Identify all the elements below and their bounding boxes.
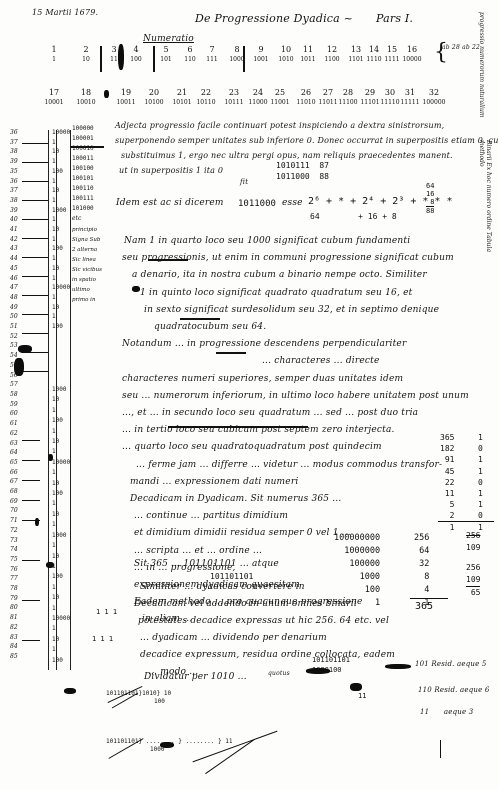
table-divider xyxy=(100,46,102,72)
table-cell: 1610000 xyxy=(398,45,426,63)
side-dots: 1 1 1 xyxy=(96,608,117,616)
table-divider xyxy=(153,46,155,72)
ladder-rung xyxy=(22,560,40,561)
ink-blot xyxy=(350,683,362,691)
quotus-label: quotus xyxy=(268,670,290,677)
ink-blot xyxy=(18,345,32,353)
binary-entries-column: 100000 100001 100010 100011 100100 10010… xyxy=(72,124,94,224)
rest-row-2: 110 Resid. aeque 6 xyxy=(418,686,490,694)
sum-total: 365 xyxy=(415,601,433,612)
ink-blot xyxy=(385,664,411,669)
ladder-rung xyxy=(22,480,40,481)
pen-mark xyxy=(440,740,441,758)
ladder-rung xyxy=(22,600,40,601)
ink-blot xyxy=(306,668,330,674)
strikethrough xyxy=(216,352,246,354)
side-bits-column: 10000 1 10 1 100 1 10 1 1000 1 10 1 100 … xyxy=(52,128,70,332)
brace-note: ab 28 ab 22 xyxy=(442,44,480,51)
numeratio-label: Numeratio xyxy=(143,34,194,44)
ladder-rung xyxy=(22,640,40,641)
left-number-ladder: 36 37 38 39 35 36 37 38 39 40 41 42 43 4… xyxy=(10,128,18,662)
ladder-rung xyxy=(22,143,48,144)
manuscript-date: 15 Martii 1679. xyxy=(32,8,98,17)
binary-value: 1011000 xyxy=(238,199,276,209)
ink-blot xyxy=(35,518,39,526)
ladder-rung xyxy=(22,500,40,501)
ladder-rung xyxy=(22,371,48,372)
table-cell: 210 xyxy=(72,45,100,63)
ladder-rung xyxy=(22,333,48,334)
strikethrough xyxy=(180,318,220,320)
rest-row-1: 101 Resid. aeque 5 xyxy=(415,660,487,668)
ink-blot xyxy=(14,358,24,376)
ladder-rung xyxy=(22,200,48,201)
table-cell: 1710001 xyxy=(40,88,68,106)
ladder-rung xyxy=(22,181,48,182)
dividatur-text: Dividatur per 1010 ... xyxy=(144,672,247,682)
left-ladder-rule xyxy=(70,130,71,670)
ladder-rung xyxy=(22,238,48,239)
ink-blot xyxy=(118,44,124,70)
table-cell: 2010100 xyxy=(140,88,168,106)
paragraph-4: Sit 365 ... 101101101 ... atque Similite… xyxy=(128,556,395,681)
quotient-11: 11 xyxy=(358,692,366,700)
side-dots: 1 1 1 xyxy=(92,635,113,643)
ladder-rung xyxy=(22,219,48,220)
rest-row-3: 11 aeque 3 xyxy=(420,708,473,716)
esse-label: esse xyxy=(282,198,303,208)
ink-blot xyxy=(64,688,76,694)
calc-example: 1010111 87 1011000 88 xyxy=(276,160,329,182)
table-cell: 32100000 xyxy=(420,88,448,106)
ladder-rung xyxy=(22,276,48,277)
ladder-rung xyxy=(22,295,48,296)
left-ladder-rule xyxy=(48,130,49,670)
ladder-rung xyxy=(22,460,40,461)
check-subtraction: 256 109 256 109 65 xyxy=(466,530,480,599)
side-bits-column-lower: 1000 10 1 100 1 10 1 10000 1 10 100 1 10… xyxy=(52,385,70,666)
division-rule xyxy=(438,521,494,522)
ladder-rung xyxy=(22,440,40,441)
manuscript-title: De Progressione Dyadica ~ xyxy=(195,12,353,25)
table-divider xyxy=(243,46,245,72)
table-cell: 91001 xyxy=(247,45,275,63)
division-remainders: 1 0 1 1 0 1 1 0 1 xyxy=(478,432,483,533)
table-cell: 1810010 xyxy=(72,88,100,106)
ladder-rung xyxy=(22,162,48,163)
ink-blot xyxy=(104,90,109,98)
ink-blot xyxy=(160,742,174,748)
ladder-rung xyxy=(22,314,48,315)
fit-label: fit xyxy=(240,178,248,186)
manuscript-page: 15 Martii 1679. De Progressione Dyadica … xyxy=(0,0,499,790)
table-cell: 2210110 xyxy=(192,88,220,106)
margin-note-vertical: progressio numerorum naturalium xyxy=(478,12,485,122)
table-cell: 11 xyxy=(40,45,68,63)
strikethrough xyxy=(168,426,308,428)
left-notes-column: principio Signa Sub 2 alterna Sic linea … xyxy=(72,225,102,305)
sum-rule xyxy=(410,598,448,599)
table-cell: 2511001 xyxy=(266,88,294,106)
ink-blot xyxy=(132,286,140,292)
idem-label: Idem est ac si dicerem xyxy=(116,198,224,208)
strikethrough xyxy=(148,259,188,261)
table-cell: 7111 xyxy=(198,45,226,63)
manuscript-part: Pars I. xyxy=(376,12,413,25)
division-quotients: 365 182 91 45 22 11 5 2 1 xyxy=(440,432,454,533)
ladder-rung xyxy=(22,257,48,258)
bottom-binary-top: 101101101 xyxy=(312,656,350,664)
table-cell: 4100 xyxy=(122,45,150,63)
power-values: 64 + 16 + 8 xyxy=(310,212,397,221)
strikethrough xyxy=(70,146,104,148)
table-cell: 1910011 xyxy=(112,88,140,106)
side-sum: 64 16 8 88 xyxy=(426,182,434,215)
